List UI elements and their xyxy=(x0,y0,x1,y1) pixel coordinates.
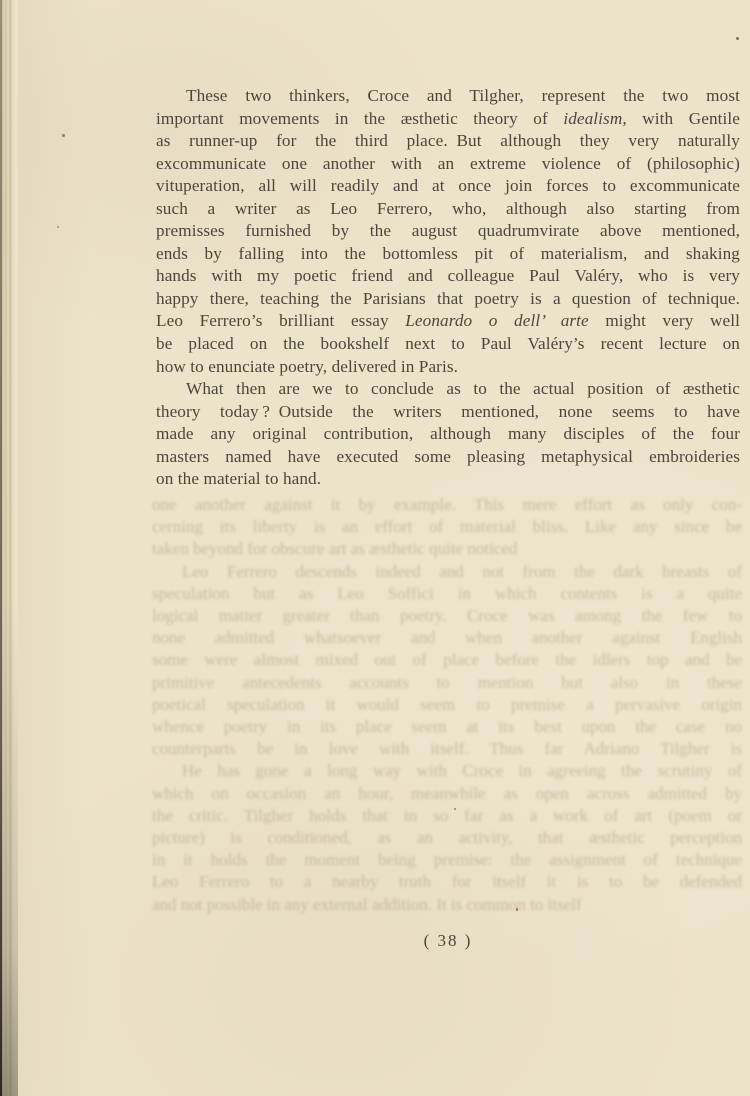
text-line: premisses furnished by the august quadru… xyxy=(156,220,740,243)
bleedthrough-line: He has gone a long way with Croce in agr… xyxy=(152,760,742,782)
text-line: vituperation, all will readily and at on… xyxy=(156,175,740,198)
text-line: theory today ? Outside the writers menti… xyxy=(156,401,740,424)
page-number: ( 38 ) xyxy=(156,931,740,951)
text-line: masters named have executed some pleasin… xyxy=(156,446,740,469)
text-line: excommunicate one another with an extrem… xyxy=(156,153,740,176)
page-text: These two thinkers, Croce and Tilgher, r… xyxy=(156,85,740,491)
bleedthrough-text: one another against it by example. This … xyxy=(152,494,742,916)
text-line: hands with my poetic friend and colleagu… xyxy=(156,265,740,288)
bleedthrough-line: cerning its liberty is an effort of mate… xyxy=(152,516,742,538)
bleedthrough-line: some were almost mixed out of place befo… xyxy=(152,649,742,671)
paper-speck xyxy=(454,808,456,810)
bleedthrough-line: taken beyond for obscure art as æsthetic… xyxy=(152,538,742,560)
book-page: one another against it by example. This … xyxy=(0,0,750,1096)
paragraph: What then are we to conclude as to the a… xyxy=(156,378,740,491)
text-line: on the material to hand. xyxy=(156,468,740,491)
bleedthrough-line: the critic. Tilgher holds that in so far… xyxy=(152,805,742,827)
bleedthrough-line: logical matter greater than poetry. Croc… xyxy=(152,605,742,627)
bleedthrough-line: primitive antecedents accounts to mentio… xyxy=(152,672,742,694)
text-line: These two thinkers, Croce and Tilgher, r… xyxy=(156,85,740,108)
paper-speck xyxy=(57,226,59,228)
bleedthrough-line: picture) is conditioned, as an activity,… xyxy=(152,827,742,849)
paper-speck xyxy=(62,134,65,137)
bleedthrough-line: which on occasion an hour, meanwhile as … xyxy=(152,783,742,805)
text-line: as runner-up for the third place. But al… xyxy=(156,130,740,153)
text-line: Leo Ferrero’s brilliant essay Leonardo o… xyxy=(156,310,740,333)
bleedthrough-line: Leo Ferrero to a nearby truth for itself… xyxy=(152,871,742,893)
paper-speck xyxy=(736,37,739,40)
bleedthrough-line: and not possible in any external additio… xyxy=(152,894,742,916)
text-line: happy there, teaching the Parisians that… xyxy=(156,288,740,311)
text-line: how to enunciate poetry, delivered in Pa… xyxy=(156,356,740,379)
text-line: What then are we to conclude as to the a… xyxy=(156,378,740,401)
bleedthrough-line: poetical speculation it would seem to pr… xyxy=(152,694,742,716)
bleedthrough-line: one another against it by example. This … xyxy=(152,494,742,516)
bleedthrough-line: Leo Ferrero descends indeed and not from… xyxy=(152,561,742,583)
paper-speck xyxy=(516,908,518,911)
text-line: important movements in the æsthetic theo… xyxy=(156,108,740,131)
book-binding-edge xyxy=(0,0,18,1096)
bleedthrough-line: counterparts be in love with itself. Thu… xyxy=(152,738,742,760)
text-line: made any original contribution, although… xyxy=(156,423,740,446)
bleedthrough-line: speculation but as Leo Soffici in which … xyxy=(152,583,742,605)
bleedthrough-line: whence poetry in its place seem at its b… xyxy=(152,716,742,738)
text-line: such a writer as Leo Ferrero, who, altho… xyxy=(156,198,740,221)
text-line: ends by falling into the bottomless pit … xyxy=(156,243,740,266)
bleedthrough-line: none admitted whatsoever and when anothe… xyxy=(152,627,742,649)
bleedthrough-line: in it holds the moment being premise: th… xyxy=(152,849,742,871)
text-line: be placed on the bookshelf next to Paul … xyxy=(156,333,740,356)
paragraph: These two thinkers, Croce and Tilgher, r… xyxy=(156,85,740,378)
